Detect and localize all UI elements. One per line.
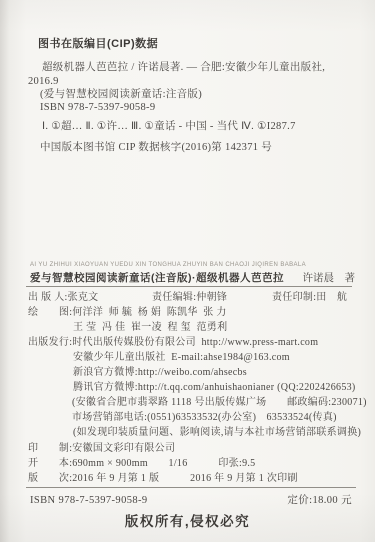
book-copyright-page: 图书在版编目(CIP)数据 超级机器人芭芭拉 / 许诺晨著. — 合肥:安徽少年… — [0, 0, 375, 542]
address-line: (安徽省合肥市翡翠路 1118 号出版传媒广场 邮政编码:230071) — [72, 397, 367, 409]
cip-isbn: ISBN 978-7-5397-9058-9 — [40, 102, 155, 114]
cip-registry: 中国版本图书馆 CIP 数据核字(2016)第 142371 号 — [40, 142, 272, 154]
printer-line: 印 制:安徽国文彩印有限公司 — [28, 443, 175, 455]
illustrators-line2: 王 莹 冯 佳 崔一凌 程 玺 范勇利 — [73, 322, 227, 334]
series-title: 爱与智慧校园阅读新童话(注音版)·超级机器人芭芭拉 — [30, 270, 284, 285]
publisher-line: 出 版 人:张克文 — [28, 292, 98, 304]
author-name: 许诺晨 著 — [303, 270, 356, 285]
weibo-sina-line: 新浪官方微博:http://weibo.com/ahsecbs — [73, 367, 247, 379]
editor-line: 责任编辑:仲朝锋 — [152, 292, 227, 304]
footer-isbn: ISBN 978-7-5397-9058-9 — [30, 495, 148, 506]
edition-line: 版 次:2016 年 9 月第 1 版 2016 年 9 月第 1 次印刷 — [28, 473, 298, 485]
footer-price: 定价:18.00 元 — [287, 492, 352, 507]
quality-note-line: (如发现印装质量问题、影响阅读,请与本社市场营销部联系调换) — [73, 427, 361, 439]
illustrators-line1: 绘 图:何洋洋 师 毓 杨 娟 陈凯华 张 力 — [28, 307, 227, 319]
cip-record-line2: 2016.9 — [28, 76, 59, 88]
cip-classification: Ⅰ. ①超… Ⅱ. ①许… Ⅲ. ①童话 - 中国 - 当代 Ⅳ. ①I287.… — [42, 121, 296, 133]
format-line: 开 本:690mm × 900mm 1/16 印张:9.5 — [28, 458, 256, 470]
divider-bottom — [26, 487, 356, 488]
marketing-phone-line: 市场营销部电话:(0551)63533532(办公室) 63533524(传真) — [72, 412, 337, 424]
divider-top — [26, 286, 352, 287]
cip-record-line1: 超级机器人芭芭拉 / 许诺晨著. — 合肥:安徽少年儿童出版社, — [42, 62, 325, 74]
isbn-price-row: ISBN 978-7-5397-9058-9 定价:18.00 元 — [30, 492, 352, 507]
publish-line2: 安徽少年儿童出版社 E-mail:ahse1984@163.com — [73, 352, 290, 364]
cip-series-note: (爱与智慧校园阅读新童话:注音版) — [40, 89, 202, 101]
copyright-notice: 版权所有,侵权必究 — [0, 510, 375, 530]
publish-line1: 出版发行:时代出版传媒股份有限公司 http://www.press-mart.… — [28, 337, 318, 349]
print-supervisor-line: 责任印制:田 航 — [272, 292, 347, 304]
series-title-row: 爱与智慧校园阅读新童话(注音版)·超级机器人芭芭拉 许诺晨 著 — [30, 270, 355, 285]
weibo-tencent-line: 腾讯官方微博:http://t.qq.com/anhuishaonianer (… — [73, 382, 356, 394]
cip-header: 图书在版编目(CIP)数据 — [38, 38, 158, 50]
